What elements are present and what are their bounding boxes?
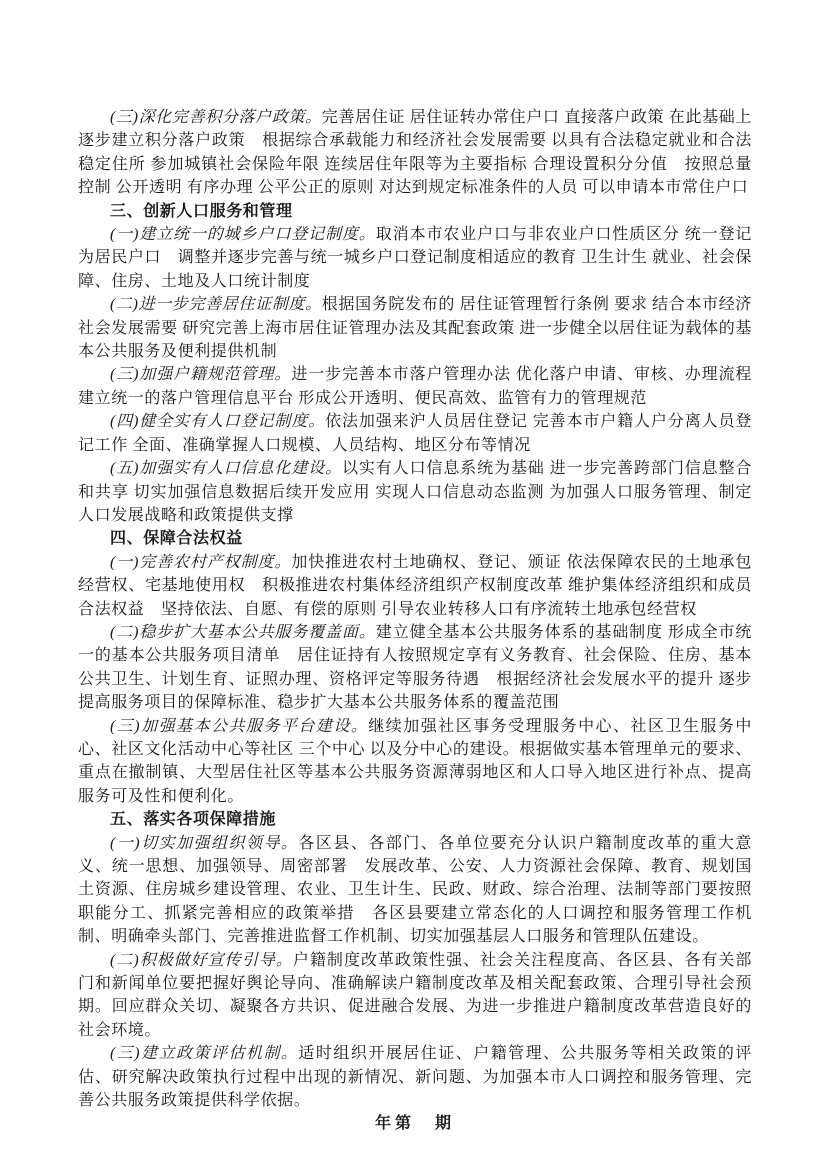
paragraph-lead: (五)加强实有人口信息化建设。 bbox=[110, 460, 342, 477]
paragraph-lead: (三)深化完善积分落户政策。 bbox=[110, 109, 322, 126]
page-footer-issue-label: 年第 期 bbox=[78, 1112, 752, 1135]
paragraph-lead: (三)加强户籍规范管理。 bbox=[110, 366, 291, 383]
paragraph: (三)建立政策评估机制。适时组织开展居住证、户籍管理、公共服务等相关政策的评估、… bbox=[78, 1042, 752, 1112]
document-page: (三)深化完善积分落户政策。完善居住证 居住证转办常住户口 直接落户政策 在此基… bbox=[78, 106, 752, 1136]
paragraph: (一)切实加强组织领导。各区县、各部门、各单位要充分认识户籍制度改革的重大意义、… bbox=[78, 832, 752, 949]
paragraph: (三)深化完善积分落户政策。完善居住证 居住证转办常住户口 直接落户政策 在此基… bbox=[78, 106, 752, 200]
paragraph: (二)稳步扩大基本公共服务覆盖面。建立健全基本公共服务体系的基础制度 形成全市统… bbox=[78, 621, 752, 715]
section-heading: 三、创新人口服务和管理 bbox=[78, 200, 752, 223]
paragraph: (二)积极做好宣传引导。户籍制度改革政策性强、社会关注程度高、各区县、各有关部门… bbox=[78, 949, 752, 1043]
paragraph-lead: (二)积极做好宣传引导。 bbox=[110, 952, 293, 969]
paragraph: (四)健全实有人口登记制度。依法加强来沪人员居住登记 完善本市户籍人户分离人员登… bbox=[78, 410, 752, 457]
paragraph: (五)加强实有人口信息化建设。以实有人口信息系统为基础 进一步完善跨部门信息整合… bbox=[78, 457, 752, 527]
document-body: (三)深化完善积分落户政策。完善居住证 居住证转办常住户口 直接落户政策 在此基… bbox=[78, 106, 752, 1112]
paragraph-lead: (一)建立统一的城乡户口登记制度。 bbox=[110, 226, 376, 243]
paragraph: (一)完善农村产权制度。加快推进农村土地确权、登记、颁证 依法保障农民的土地承包… bbox=[78, 551, 752, 621]
section-heading: 五、落实各项保障措施 bbox=[78, 808, 752, 831]
paragraph-lead: (二)进一步完善居住证制度。 bbox=[110, 296, 322, 313]
paragraph: (三)加强户籍规范管理。进一步完善本市落户管理办法 优化落户申请、审核、办理流程… bbox=[78, 363, 752, 410]
section-heading: 四、保障合法权益 bbox=[78, 527, 752, 550]
paragraph: (二)进一步完善居住证制度。根据国务院发布的 居住证管理暂行条例 要求 结合本市… bbox=[78, 293, 752, 363]
paragraph-lead: (三)建立政策评估机制。 bbox=[110, 1045, 298, 1062]
paragraph-lead: (一)切实加强组织领导。 bbox=[110, 835, 298, 852]
paragraph-lead: (一)完善农村产权制度。 bbox=[110, 554, 291, 571]
paragraph: (一)建立统一的城乡户口登记制度。取消本市农业户口与非农业户口性质区分 统一登记… bbox=[78, 223, 752, 293]
paragraph-lead: (二)稳步扩大基本公共服务覆盖面。 bbox=[110, 624, 376, 641]
paragraph-lead: (四)健全实有人口登记制度。 bbox=[110, 413, 325, 430]
paragraph-lead: (三)加强基本公共服务平台建设。 bbox=[110, 718, 368, 735]
paragraph: (三)加强基本公共服务平台建设。继续加强社区事务受理服务中心、社区卫生服务中心、… bbox=[78, 715, 752, 809]
